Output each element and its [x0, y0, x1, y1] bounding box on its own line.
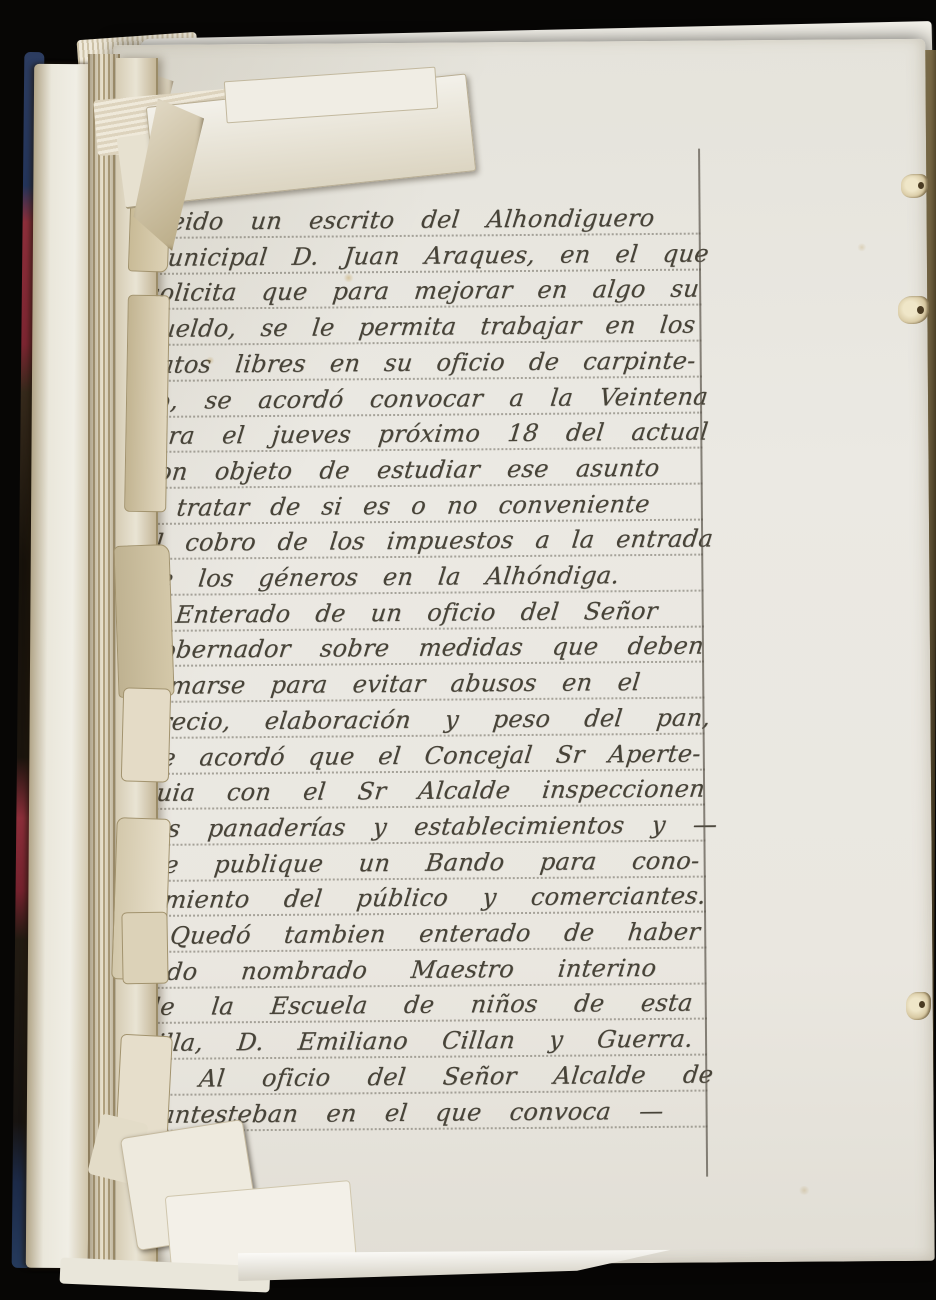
manuscript-line: sido nombrado Maestro interino — [145, 952, 659, 988]
manuscript-line: se publique un Bando para cono- — [150, 844, 702, 880]
manuscript-line: guia con el Sr Alcalde inspeccionen — [139, 773, 707, 809]
binding-tear-mark — [919, 1001, 925, 1008]
manuscript-line: Quedó tambien enterado de haber — [168, 916, 702, 952]
manuscript-line: de la Escuela de niños de esta — [143, 987, 695, 1023]
manuscript-line: para el jueves próximo 18 del actual — [136, 416, 710, 453]
manuscript-line: Gobernador sobre medidas que deben — [140, 630, 706, 666]
paper-stain — [798, 1186, 810, 1195]
manuscript-line: municipal D. Juan Araques, en el que — [143, 237, 711, 273]
manuscript-line: se acordó que el Concejal Sr Aperte- — [147, 737, 703, 773]
manuscript-line: sueldo, se le permita trabajar en los — [146, 309, 698, 345]
archive-photo: { "document": { "kind": "handwritten man… — [0, 0, 936, 1300]
manuscript-line: de los géneros en la Alhóndiga. — [142, 559, 622, 595]
paper-stain — [857, 243, 867, 251]
worn-page-fold — [121, 687, 171, 782]
manuscript-line: cimiento del público y comerciantes. — [140, 880, 708, 916]
worn-page-fold — [113, 544, 174, 698]
manuscript-page: Leido un escrito del Alhondigueromunicip… — [113, 39, 935, 1267]
manuscript-line: y tratar de si es o no conveniente — [140, 488, 652, 524]
binding-tear — [898, 296, 929, 324]
manuscript-line: solicita que para mejorar en algo su — [145, 273, 701, 309]
manuscript-line: Al oficio del Señor Alcalde de — [197, 1058, 715, 1094]
manuscript-line: ratos libres en su oficio de carpinte- — [146, 344, 698, 380]
manuscript-line: las panaderías y establecimientos y — — [144, 808, 720, 845]
binding-tear-mark — [917, 306, 924, 314]
manuscript-line: villa, D. Emiliano Cillan y Guerra. — [141, 1023, 695, 1059]
manuscript-text-block: Leido un escrito del Alhondigueromunicip… — [113, 39, 935, 1267]
manuscript-line: tomarse para evitar abusos en el — [142, 666, 642, 702]
manuscript-line: precio, elaboración y peso del pan, — [143, 701, 713, 737]
paper-stain — [206, 356, 215, 364]
worn-page-fold — [121, 912, 168, 985]
manuscript-line: el cobro de los impuestos a la entrada — [139, 523, 715, 560]
stacked-pages-band — [26, 64, 96, 1268]
paper-stain — [343, 273, 354, 282]
binding-tear-mark — [918, 182, 924, 189]
manuscript-line: con objeto de estudiar ese asunto — [142, 452, 662, 488]
manuscript-line: ro, se acordó convocar a la Veintena — [142, 380, 710, 416]
worn-page-fold — [124, 295, 170, 513]
manuscript-line: Enterado de un oficio del Señor — [174, 595, 660, 631]
manuscript-line: Leido un escrito del Alhondiguero — [153, 202, 657, 238]
